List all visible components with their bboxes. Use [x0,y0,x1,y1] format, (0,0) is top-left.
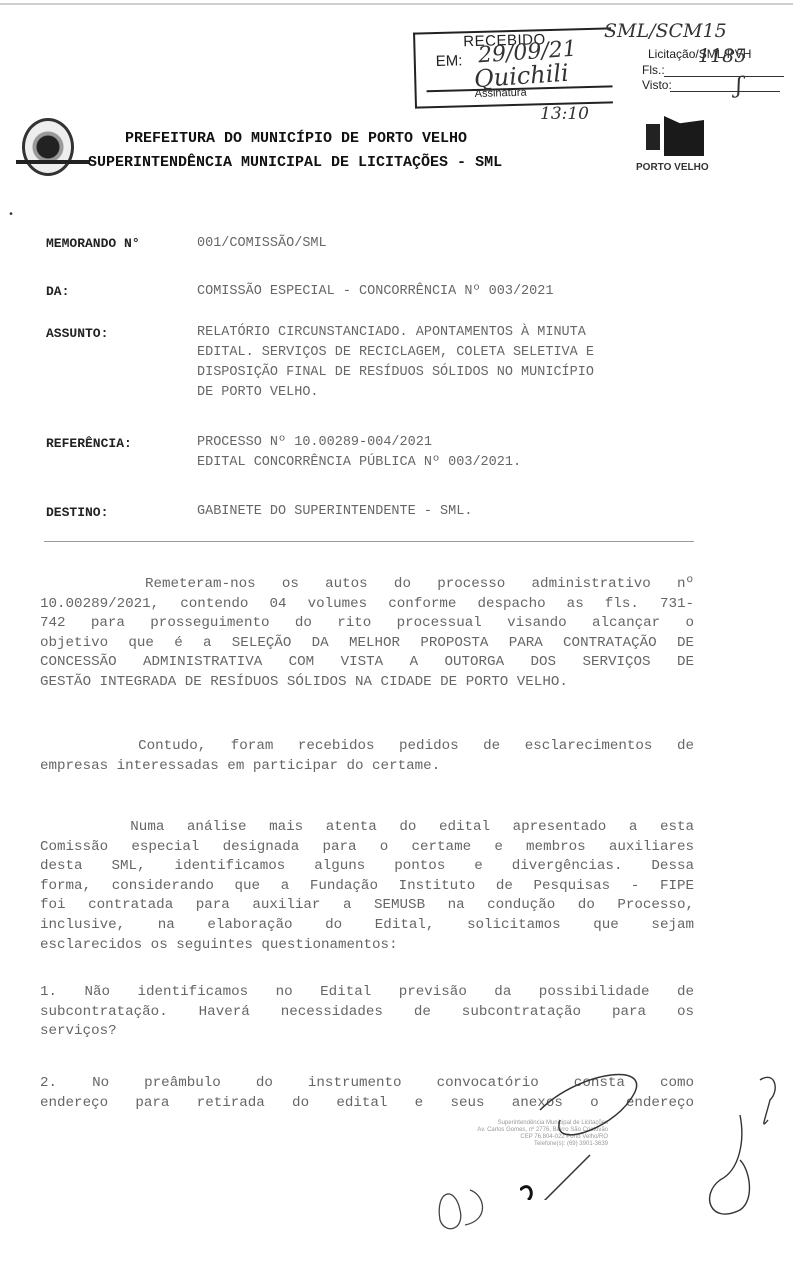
subject-value: RELATÓRIO CIRCUNSTANCIADO. APONTAMENTOS … [197,323,594,403]
paragraph-line: 742 para prosseguimento do rito processu… [40,614,694,634]
signature-loop-icon [520,1060,660,1200]
logo-flag-icon [664,116,704,156]
paragraph-line: esclarecidos os seguintes questionamento… [40,936,694,956]
logo-tower-icon [646,124,660,150]
paragraph-line: Contudo, foram recebidos pedidos de escl… [40,737,694,757]
paragraph-analysis: Numa análise mais atenta do edital apres… [40,818,694,955]
destination-label: DESTINO: [46,505,108,520]
paragraph-line: inclusive, na elaboração do Edital, soli… [40,916,694,936]
handwritten-protocol-code: SML/SCM15 [604,20,727,42]
header-subtitle: SUPERINTENDÊNCIA MUNICIPAL DE LICITAÇÕES… [88,154,502,171]
visto-label: Visto: [642,78,672,92]
paragraph-line: serviços? [40,1022,694,1042]
question-1: 1. Não identificamos no Edital previsão … [40,983,694,1042]
destination-value: GABINETE DO SUPERINTENDENTE - SML. [197,502,472,522]
crest-underline [16,160,90,164]
from-value: COMISSÃO ESPECIAL - CONCORRÊNCIA Nº 003/… [197,282,553,302]
paragraph-requests: Contudo, foram recebidos pedidos de escl… [40,737,694,776]
paragraph-line: forma, considerando que a Fundação Insti… [40,877,694,897]
page-top-edge [0,3,793,5]
reference-label: REFERÊNCIA: [46,436,132,451]
reference-value: PROCESSO Nº 10.00289-004/2021 EDITAL CON… [197,433,521,473]
municipal-crest-icon [22,118,74,176]
subject-label: ASSUNTO: [46,326,108,341]
memo-number-label: MEMORANDO N° [46,236,140,251]
fls-label: Fls.: [642,63,665,77]
handwritten-time: 13:10 [540,104,589,124]
porto-velho-logo: PORTO VELHO [636,112,704,172]
paragraph-line: objetivo que é a SELEÇÃO DA MELHOR PROPO… [40,634,694,654]
paragraph-line: Remeteram-nos os autos do processo admin… [40,575,694,595]
initials-signature-icon [430,1180,500,1240]
paragraph-line: 10.00289/2021, contendo 04 volumes confo… [40,595,694,615]
margin-mark: • [8,210,14,221]
paragraph-intro: Remeteram-nos os autos do processo admin… [40,575,694,693]
paragraph-line: GESTÃO INTEGRADA DE RESÍDUOS SÓLIDOS NA … [40,673,694,693]
from-label: DA: [46,284,69,299]
paragraph-line: 1. Não identificamos no Edital previsão … [40,983,694,1003]
paragraph-line: empresas interessadas em participar do c… [40,757,694,777]
stamp-em-label: EM: [436,52,463,70]
paragraph-line: subcontratação. Haverá necessidades de s… [40,1003,694,1023]
memo-number-value: 001/COMISSÃO/SML [197,234,327,254]
paragraph-line: foi contratada para auxiliar a SEMUSB na… [40,896,694,916]
logo-text: PORTO VELHO [636,162,709,173]
header-divider [44,541,694,542]
visto-line [670,91,780,92]
paragraph-line: Comissão especial designada para o certa… [40,838,694,858]
handwritten-fls-number: 1185 [698,45,746,67]
handwritten-visto: ʃ [736,74,742,99]
header-title: PREFEITURA DO MUNICÍPIO DE PORTO VELHO [125,130,467,147]
fls-line [664,76,784,77]
margin-signature-icon [700,1060,780,1220]
paragraph-line: desta SML, identificamos alguns pontos e… [40,857,694,877]
paragraph-line: CONCESSÃO ADMINISTRATIVA COM VISTA A OUT… [40,653,694,673]
paragraph-line: Numa análise mais atenta do edital apres… [40,818,694,838]
